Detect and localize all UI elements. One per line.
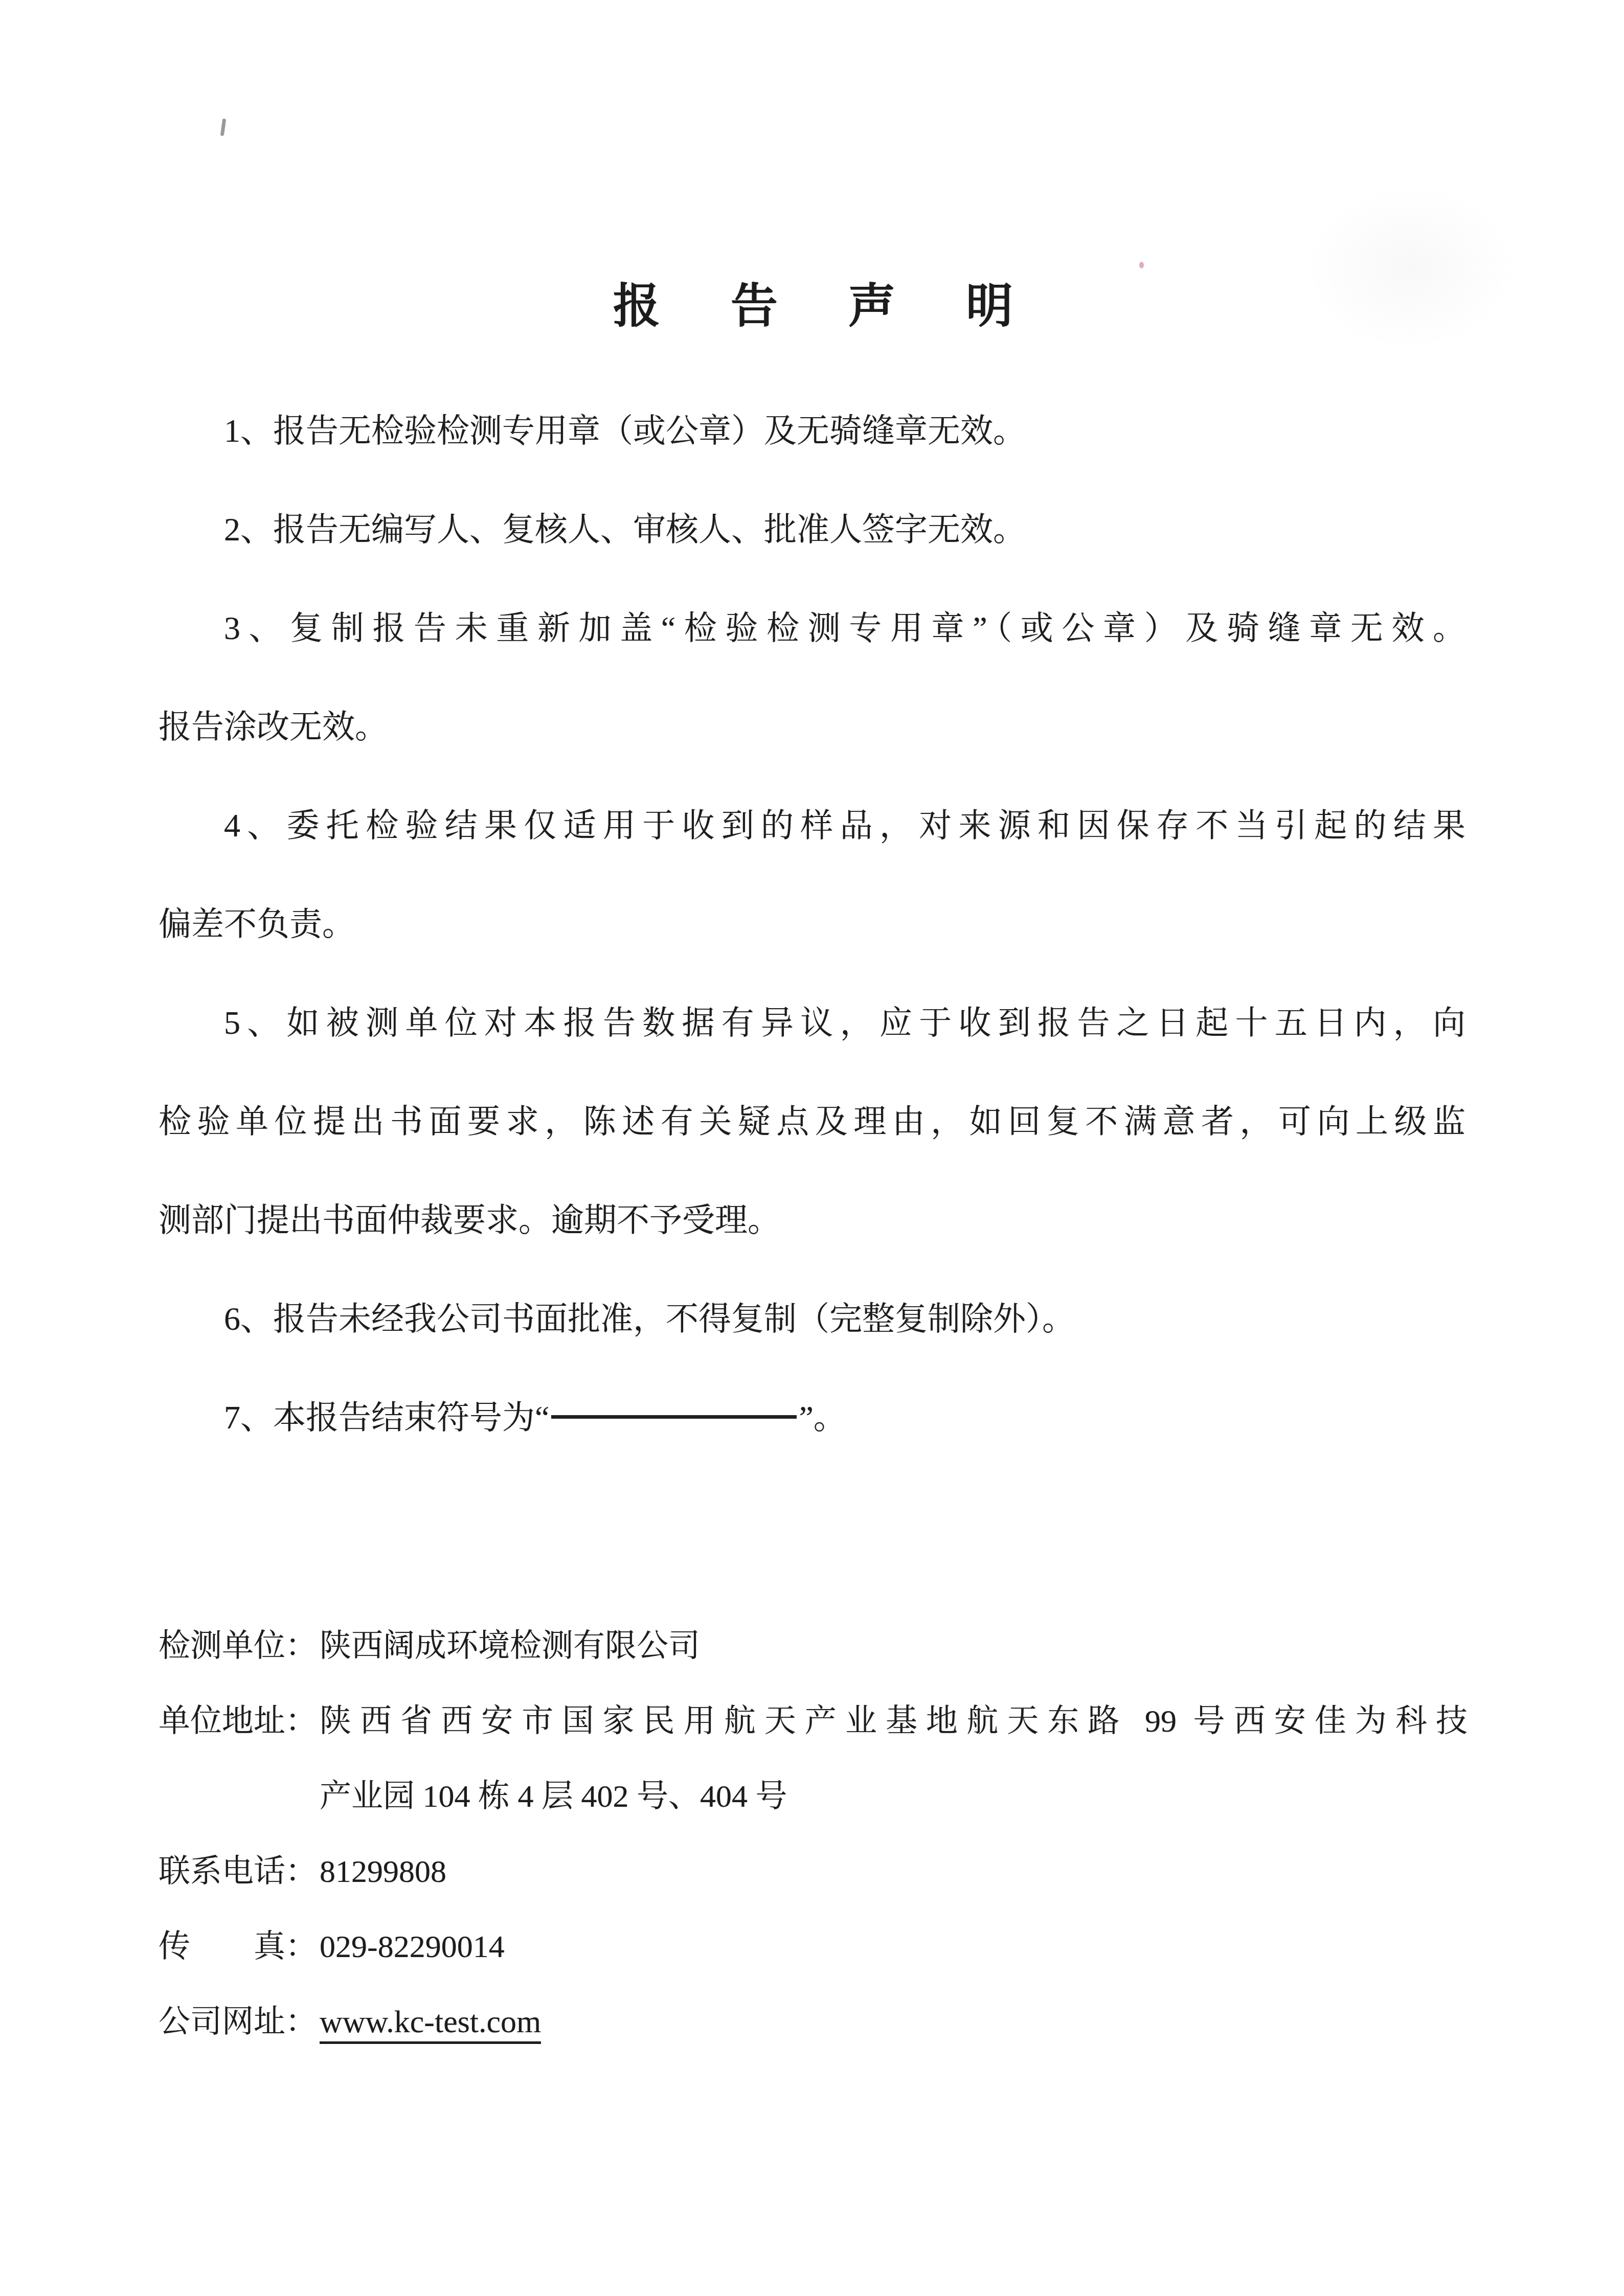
ending-symbol-prefix: 7、本报告结束符号为“ [224, 1399, 549, 1436]
statement-line-6: 偏差不负责。 [159, 875, 1465, 973]
address-line-1: 陕西省西安市国家民用航天产业基地航天东路 99 号西安佳为科技 [320, 1684, 1468, 1759]
info-row-fax: 传 真： 029-82290014 [159, 1909, 1468, 1985]
address-line-2: 产业园 104 栋 4 层 402 号、404 号 [320, 1759, 1468, 1834]
red-speck [1139, 262, 1144, 268]
ink-speck [220, 119, 227, 137]
phone-value: 81299808 [320, 1834, 1468, 1909]
unit-value: 陕西阔成环境检测有限公司 [320, 1609, 1468, 1684]
website-label: 公司网址： [159, 1985, 320, 2060]
statement-line-2: 2、报告无编写人、复核人、审核人、批准人签字无效。 [159, 480, 1465, 579]
page-title-text: 报告声明 [613, 280, 1084, 332]
statement-line-11: 7、本报告结束符号为“”。 [159, 1368, 1465, 1467]
info-row-phone: 联系电话： 81299808 [159, 1834, 1468, 1909]
info-row-website: 公司网址： www.kc-test.com [159, 1985, 1468, 2060]
phone-label: 联系电话： [159, 1834, 320, 1909]
report-statement-page: 报告声明 1、报告无检验检测专用章（或公章）及无骑缝章无效。 2、报告无编写人、… [0, 0, 1624, 2296]
page-title: 报告声明 [159, 282, 1468, 331]
statement-line-5: 4、委托检验结果仅适用于收到的样品，对来源和因保存不当引起的结果 [159, 776, 1465, 875]
statement-line-7: 5、如被测单位对本报告数据有异议，应于收到报告之日起十五日内，向 [159, 973, 1465, 1072]
statement-line-1: 1、报告无检验检测专用章（或公章）及无骑缝章无效。 [159, 381, 1465, 480]
fax-label: 传 真： [159, 1909, 320, 1985]
unit-label: 检测单位： [159, 1609, 320, 1684]
fax-value: 029-82290014 [320, 1909, 1468, 1985]
statement-line-4: 报告涂改无效。 [159, 677, 1465, 776]
phone-value-wrap: 81299808 [320, 1834, 1468, 1909]
ending-dash-rule [551, 1415, 797, 1419]
address-label: 单位地址： [159, 1684, 320, 1759]
statement-line-3: 3、复制报告未重新加盖“检验检测专用章”（或公章）及骑缝章无效。 [159, 579, 1465, 677]
statement-line-9: 测部门提出书面仲裁要求。逾期不予受理。 [159, 1171, 1465, 1269]
scan-smudge [1302, 184, 1517, 353]
statement-list: 1、报告无检验检测专用章（或公章）及无骑缝章无效。 2、报告无编写人、复核人、审… [159, 381, 1465, 1467]
company-info-block: 检测单位： 陕西阔成环境检测有限公司 单位地址： 陕西省西安市国家民用航天产业基… [159, 1609, 1468, 2060]
info-row-unit: 检测单位： 陕西阔成环境检测有限公司 [159, 1609, 1468, 1684]
statement-line-10: 6、报告未经我公司书面批准，不得复制（完整复制除外）。 [159, 1269, 1465, 1368]
statement-line-8: 检验单位提出书面要求，陈述有关疑点及理由，如回复不满意者，可向上级监 [159, 1072, 1465, 1171]
fax-value-wrap: 029-82290014 [320, 1909, 1468, 1985]
info-row-address: 单位地址： 陕西省西安市国家民用航天产业基地航天东路 99 号西安佳为科技 产业… [159, 1684, 1468, 1834]
unit-value-wrap: 陕西阔成环境检测有限公司 [320, 1609, 1468, 1684]
website-value-wrap: www.kc-test.com [320, 1985, 1468, 2060]
website-url: www.kc-test.com [320, 2004, 541, 2044]
ending-symbol-suffix: ”。 [799, 1399, 846, 1436]
address-value-wrap: 陕西省西安市国家民用航天产业基地航天东路 99 号西安佳为科技 产业园 104 … [320, 1684, 1468, 1834]
